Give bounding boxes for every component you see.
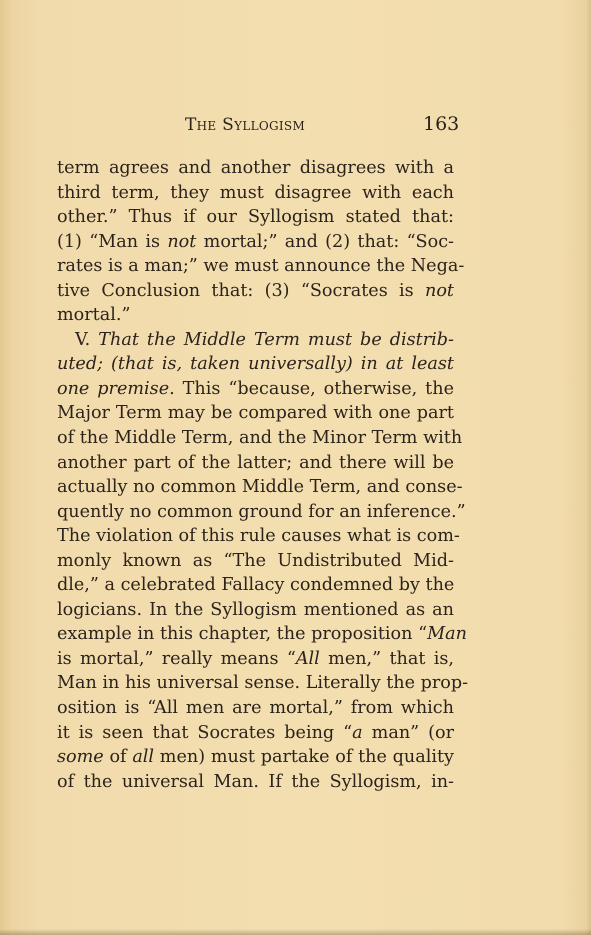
italic-text: all: [132, 747, 154, 767]
italic-text: not: [167, 232, 196, 252]
text-segment: logicians. In the Syllogism mentioned as…: [57, 600, 454, 620]
running-title: The Syllogism: [185, 115, 305, 135]
italic-text: one premise.: [57, 379, 175, 399]
text-segment: Major Term may be compared with one part: [57, 403, 454, 423]
text-line: third term, they must disagree with each: [57, 181, 454, 206]
italic-text: a: [352, 723, 363, 743]
text-line: one premise. This “because, otherwise, t…: [57, 377, 454, 402]
text-line: rates is a man;” we must announce the Ne…: [57, 254, 454, 279]
text-segment: other.” Thus if our Syllogism stated tha…: [57, 207, 454, 227]
text-line: Major Term may be compared with one part: [57, 401, 454, 426]
text-line: other.” Thus if our Syllogism stated tha…: [57, 205, 454, 230]
text-segment: men) must partake of the quality: [154, 747, 454, 767]
text-line: mortal.”: [57, 303, 454, 328]
text-line: of the universal Man. If the Syllogism, …: [57, 770, 454, 795]
text-line: monly known as “The Undistributed Mid-: [57, 549, 454, 574]
text-segment: actually no common Middle Term, and cons…: [57, 477, 463, 497]
text-line: logicians. In the Syllogism mentioned as…: [57, 598, 454, 623]
page-header: The Syllogism 163: [0, 112, 591, 138]
page-number: 163: [423, 113, 459, 135]
text-segment: example in this chapter, the proposition…: [57, 624, 427, 644]
text-segment: V.: [75, 330, 98, 350]
italic-text: not: [425, 281, 454, 301]
text-segment: term agrees and another disagrees with a: [57, 158, 454, 178]
text-segment: man” (or: [363, 723, 454, 743]
text-segment: rates is a man;” we must announce the Ne…: [57, 256, 464, 276]
text-segment: third term, they must disagree with each: [57, 183, 454, 203]
text-segment: (1) “Man is: [57, 232, 167, 252]
text-segment: monly known as “The Undistributed Mid-: [57, 551, 454, 571]
text-segment: of: [104, 747, 133, 767]
text-line: uted; (that is, taken universally) in at…: [57, 352, 454, 377]
italic-text: uted; (that is, taken universally) in at…: [57, 354, 454, 374]
text-line: actually no common Middle Term, and cons…: [57, 475, 454, 500]
text-line: tive Conclusion that: (3) “Socrates is n…: [57, 279, 454, 304]
text-line: another part of the latter; and there wi…: [57, 451, 454, 476]
italic-text: Man: [427, 624, 467, 644]
text-segment: This “because, otherwise, the: [175, 379, 454, 399]
text-segment: osition is “All men are mortal,” from wh…: [57, 698, 454, 718]
text-line: The violation of this rule causes what i…: [57, 524, 454, 549]
text-line: (1) “Man is not mortal;” and (2) that: “…: [57, 230, 454, 255]
text-segment: Man in his universal sense. Literally th…: [57, 673, 468, 693]
text-line: quently no common ground for an inferenc…: [57, 500, 454, 525]
text-line: dle,” a celebrated Fallacy condemned by …: [57, 573, 454, 598]
text-segment: mortal.”: [57, 305, 130, 325]
italic-text: All: [296, 649, 320, 669]
text-line: V. That the Middle Term must be distrib-: [57, 328, 454, 353]
text-line: example in this chapter, the proposition…: [57, 622, 454, 647]
body-text: term agrees and another disagrees with a…: [57, 156, 454, 794]
text-line: of the Middle Term, and the Minor Term w…: [57, 426, 454, 451]
text-segment: of the universal Man. If the Syllogism, …: [57, 772, 454, 792]
text-segment: men,” that is,: [320, 649, 454, 669]
text-line: it is seen that Socrates being “a man” (…: [57, 721, 454, 746]
text-line: is mortal,” really means “All men,” that…: [57, 647, 454, 672]
text-segment: of the Middle Term, and the Minor Term w…: [57, 428, 462, 448]
text-segment: mortal;” and (2) that: “Soc-: [196, 232, 454, 252]
text-segment: is mortal,” really means “: [57, 649, 296, 669]
text-segment: The violation of this rule causes what i…: [57, 526, 460, 546]
text-segment: another part of the latter; and there wi…: [57, 453, 454, 473]
text-segment: it is seen that Socrates being “: [57, 723, 352, 743]
text-segment: tive Conclusion that: (3) “Socrates is: [57, 281, 425, 301]
text-segment: quently no common ground for an inferenc…: [57, 502, 466, 522]
text-segment: dle,” a celebrated Fallacy condemned by …: [57, 575, 454, 595]
text-line: Man in his universal sense. Literally th…: [57, 671, 454, 696]
text-line: osition is “All men are mortal,” from wh…: [57, 696, 454, 721]
text-line: term agrees and another disagrees with a: [57, 156, 454, 181]
book-page: The Syllogism 163 term agrees and anothe…: [0, 0, 591, 935]
italic-text: That the Middle Term must be distrib-: [98, 330, 454, 350]
italic-text: some: [57, 747, 104, 767]
text-line: some of all men) must partake of the qua…: [57, 745, 454, 770]
